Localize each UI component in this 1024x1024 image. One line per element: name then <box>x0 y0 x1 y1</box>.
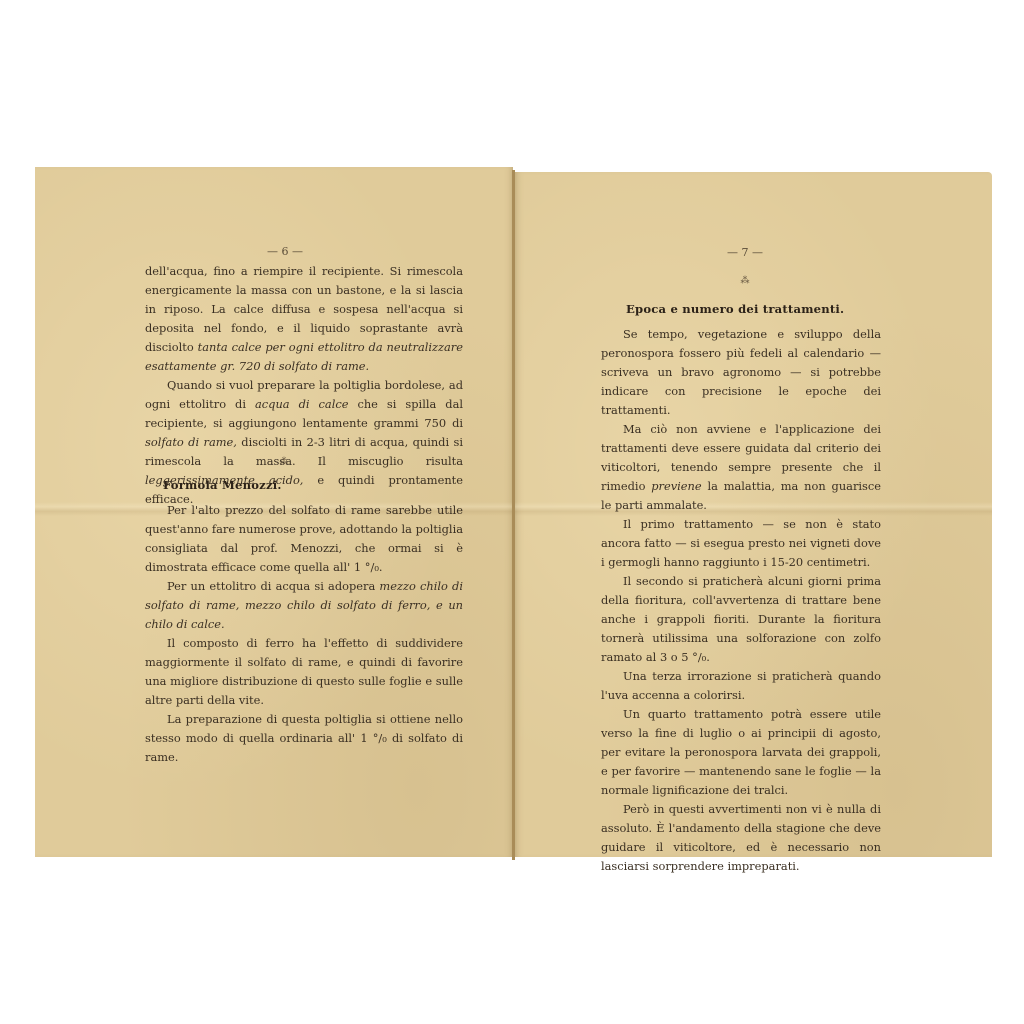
paragraph: Per l'alto prezzo del solfato di rame sa… <box>145 501 463 577</box>
paragraph: Per un ettolitro di acqua si adopera mez… <box>145 577 463 634</box>
section-heading: Epoca e numero dei trattamenti. <box>626 302 844 316</box>
paragraph: Se tempo, vegetazione e sviluppo della p… <box>601 325 881 420</box>
paragraph: dell'acqua, fino a riempire il recipient… <box>145 262 463 376</box>
paragraph: Il secondo si praticherà alcuni giorni p… <box>601 572 881 667</box>
text-run: Una terza irrorazione si praticherà quan… <box>601 669 881 702</box>
asterism-divider: ⁂ <box>725 278 765 284</box>
text-run: Per l'alto prezzo del solfato di rame sa… <box>145 503 463 574</box>
text-run: Il primo trattamento — se non è stato an… <box>601 517 881 569</box>
italic-text: solfato di rame, <box>145 435 237 449</box>
paragraph: Un quarto trattamento potrà essere utile… <box>601 705 881 800</box>
asterism-divider: ⁂ <box>264 459 304 465</box>
italic-text: previene <box>651 479 701 493</box>
paragraph: Il primo trattamento — se non è stato an… <box>601 515 881 572</box>
paragraph: Ma ciò non avviene e l'applicazione dei … <box>601 420 881 515</box>
text-run: La preparazione di questa poltiglia si o… <box>145 712 463 764</box>
paragraph: Però in questi avvertimenti non vi è nul… <box>601 800 881 876</box>
text-run: Per un ettolitro di acqua si adopera <box>167 579 379 593</box>
page-number: — 6 — <box>255 245 315 258</box>
page-number: — 7 — <box>715 246 775 259</box>
left-page: — 6 — dell'acqua, fino a riempire il rec… <box>35 167 513 857</box>
text-run: Il composto di ferro ha l'effetto di sud… <box>145 636 463 707</box>
text-run: Però in questi avvertimenti non vi è nul… <box>601 802 881 873</box>
right-page: — 7 — ⁂ Epoca e numero dei trattamenti. … <box>515 172 992 857</box>
paragraph: La preparazione di questa poltiglia si o… <box>145 710 463 767</box>
paragraph: Una terza irrorazione si praticherà quan… <box>601 667 881 705</box>
body-text: Se tempo, vegetazione e sviluppo della p… <box>601 325 881 876</box>
section-heading: Formola Menozzi. <box>163 478 282 492</box>
text-run: Se tempo, vegetazione e sviluppo della p… <box>601 327 881 417</box>
body-text-bottom: Per l'alto prezzo del solfato di rame sa… <box>145 501 463 767</box>
italic-text: acqua di calce <box>255 397 348 411</box>
text-run: Un quarto trattamento potrà essere utile… <box>601 707 881 797</box>
body-text-top: dell'acqua, fino a riempire il recipient… <box>145 262 463 509</box>
text-run: Il secondo si praticherà alcuni giorni p… <box>601 574 881 664</box>
paragraph: Il composto di ferro ha l'effetto di sud… <box>145 634 463 710</box>
